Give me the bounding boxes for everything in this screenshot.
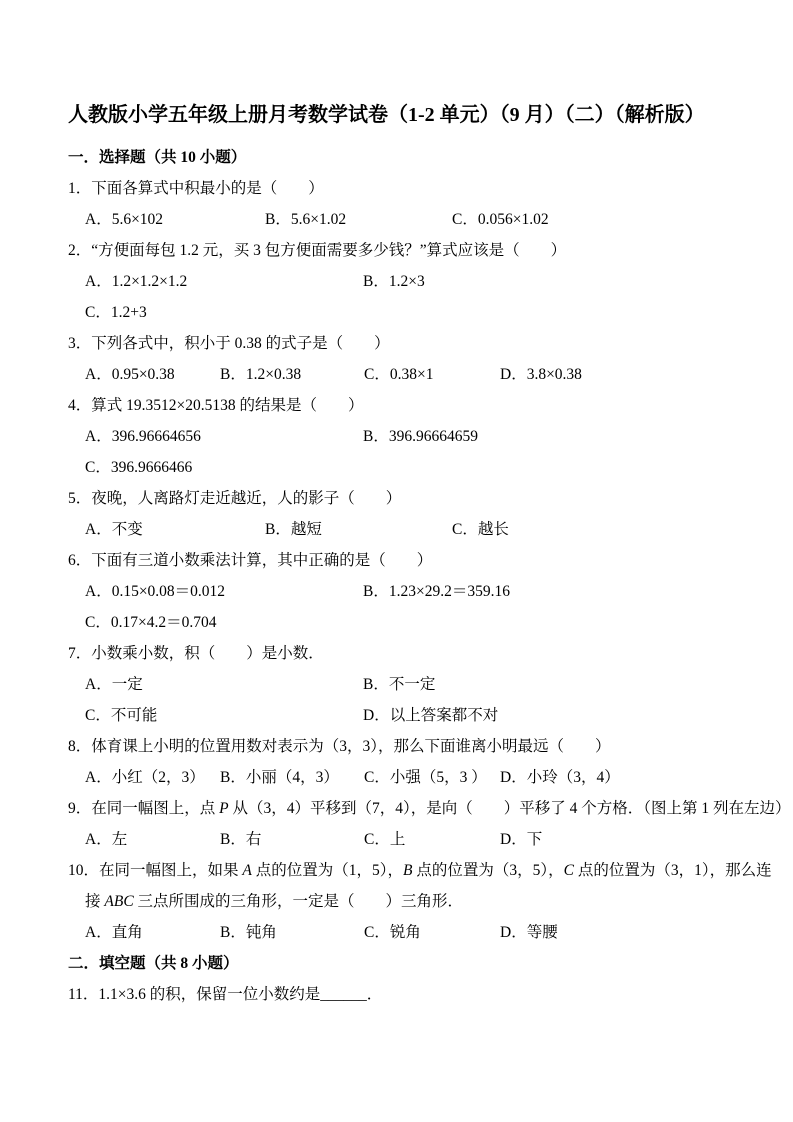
option: B．越短 [265, 514, 322, 545]
option-row: A．左B．右C．上D．下 [68, 824, 735, 855]
section: 一．选择题（共 10 小题）1．下面各算式中积最小的是（ ）A．5.6×102B… [68, 142, 735, 948]
option: B．5.6×1.02 [265, 204, 346, 235]
option: C．0.38×1 [364, 359, 433, 390]
option: C．0.056×1.02 [452, 204, 549, 235]
option: C．上 [364, 824, 405, 855]
option-row: A．直角B．钝角C．锐角D．等腰 [68, 917, 735, 948]
option-row: C．0.17×4.2＝0.704 [68, 607, 735, 638]
question: 5．夜晚，人离路灯走近越近，人的影子（ ）A．不变B．越短C．越长 [68, 483, 735, 545]
option: D．下 [500, 824, 542, 855]
option: B．1.2×3 [363, 266, 425, 297]
option: A．不变 [85, 514, 143, 545]
option: D．等腰 [500, 917, 558, 948]
section-heading: 一．选择题（共 10 小题） [68, 142, 735, 173]
option-row: A．0.95×0.38B．1.2×0.38C．0.38×1D．3.8×0.38 [68, 359, 735, 390]
option: A．0.15×0.08＝0.012 [85, 576, 225, 607]
option-row: C．不可能D．以上答案都不对 [68, 700, 735, 731]
question: 10．在同一幅图上，如果 A 点的位置为（1，5），B 点的位置为（3，5），C… [68, 855, 735, 948]
question-text: 4．算式 19.3512×20.5138 的结果是（ ） [68, 390, 735, 421]
option: A．小红（2，3） [85, 762, 205, 793]
question-text: 8．体育课上小明的位置用数对表示为（3，3），那么下面谁离小明最远（ ） [68, 731, 735, 762]
section-heading: 二．填空题（共 8 小题） [68, 948, 735, 979]
option: D．以上答案都不对 [363, 700, 498, 731]
option-row: A．5.6×102B．5.6×1.02C．0.056×1.02 [68, 204, 735, 235]
question: 7．小数乘小数，积（ ）是小数．A．一定B．不一定C．不可能D．以上答案都不对 [68, 638, 735, 731]
question: 8．体育课上小明的位置用数对表示为（3，3），那么下面谁离小明最远（ ）A．小红… [68, 731, 735, 793]
question: 6．下面有三道小数乘法计算，其中正确的是（ ）A．0.15×0.08＝0.012… [68, 545, 735, 638]
option: A．左 [85, 824, 127, 855]
option: B．钝角 [220, 917, 277, 948]
option: C．不可能 [85, 700, 157, 731]
option: B．右 [220, 824, 261, 855]
option: C．396.9666466 [85, 452, 192, 483]
question: 9．在同一幅图上，点 P 从（3，4）平移到（7，4），是向（ ）平移了 4 个… [68, 793, 735, 855]
question: 2．“方便面每包 1.2 元，买 3 包方便面需要多少钱？”算式应该是（ ）A．… [68, 235, 735, 328]
option-row: C．1.2+3 [68, 297, 735, 328]
question: 3．下列各式中，积小于 0.38 的式子是（ ）A．0.95×0.38B．1.2… [68, 328, 735, 390]
question-text: 10．在同一幅图上，如果 A 点的位置为（1，5），B 点的位置为（3，5），C… [68, 855, 735, 886]
question-text: 2．“方便面每包 1.2 元，买 3 包方便面需要多少钱？”算式应该是（ ） [68, 235, 735, 266]
question-text: 7．小数乘小数，积（ ）是小数． [68, 638, 735, 669]
option: A．一定 [85, 669, 143, 700]
question-text: 11．1.1×3.6 的积，保留一位小数约是______． [68, 979, 735, 1010]
option-row: A．不变B．越短C．越长 [68, 514, 735, 545]
option: A．1.2×1.2×1.2 [85, 266, 187, 297]
exam-content: 一．选择题（共 10 小题）1．下面各算式中积最小的是（ ）A．5.6×102B… [68, 142, 735, 1010]
option: A．0.95×0.38 [85, 359, 175, 390]
option: C．锐角 [364, 917, 421, 948]
option: B．小丽（4，3） [220, 762, 339, 793]
option: B．不一定 [363, 669, 435, 700]
option: D．3.8×0.38 [500, 359, 582, 390]
option: B．396.96664659 [363, 421, 478, 452]
option: D．小玲（3，4） [500, 762, 620, 793]
option-row: A．0.15×0.08＝0.012B．1.23×29.2＝359.16 [68, 576, 735, 607]
option: C．越长 [452, 514, 509, 545]
option: A．5.6×102 [85, 204, 163, 235]
section: 二．填空题（共 8 小题）11．1.1×3.6 的积，保留一位小数约是_____… [68, 948, 735, 1010]
option: B．1.2×0.38 [220, 359, 301, 390]
question-text: 9．在同一幅图上，点 P 从（3，4）平移到（7，4），是向（ ）平移了 4 个… [68, 793, 735, 824]
option: A．396.96664656 [85, 421, 201, 452]
exam-document-page: 人教版小学五年级上册月考数学试卷（1-2 单元）（9 月）（二）（解析版） 一．… [0, 0, 793, 1122]
document-title: 人教版小学五年级上册月考数学试卷（1-2 单元）（9 月）（二）（解析版） [68, 100, 735, 130]
question: 1．下面各算式中积最小的是（ ）A．5.6×102B．5.6×1.02C．0.0… [68, 173, 735, 235]
option-row: C．396.9666466 [68, 452, 735, 483]
question-text: 接 ABC 三点所围成的三角形，一定是（ ）三角形． [68, 886, 735, 917]
option: C．0.17×4.2＝0.704 [85, 607, 216, 638]
option: C．1.2+3 [85, 297, 147, 328]
question-text: 3．下列各式中，积小于 0.38 的式子是（ ） [68, 328, 735, 359]
question-text: 1．下面各算式中积最小的是（ ） [68, 173, 735, 204]
option: A．直角 [85, 917, 143, 948]
question: 4．算式 19.3512×20.5138 的结果是（ ）A．396.966646… [68, 390, 735, 483]
question-text: 5．夜晚，人离路灯走近越近，人的影子（ ） [68, 483, 735, 514]
option-row: A．396.96664656B．396.96664659 [68, 421, 735, 452]
option: B．1.23×29.2＝359.16 [363, 576, 510, 607]
question-text: 6．下面有三道小数乘法计算，其中正确的是（ ） [68, 545, 735, 576]
option: C．小强（5，3 ） [364, 762, 487, 793]
option-row: A．1.2×1.2×1.2B．1.2×3 [68, 266, 735, 297]
question: 11．1.1×3.6 的积，保留一位小数约是______． [68, 979, 735, 1010]
option-row: A．一定B．不一定 [68, 669, 735, 700]
option-row: A．小红（2，3）B．小丽（4，3）C．小强（5，3 ）D．小玲（3，4） [68, 762, 735, 793]
